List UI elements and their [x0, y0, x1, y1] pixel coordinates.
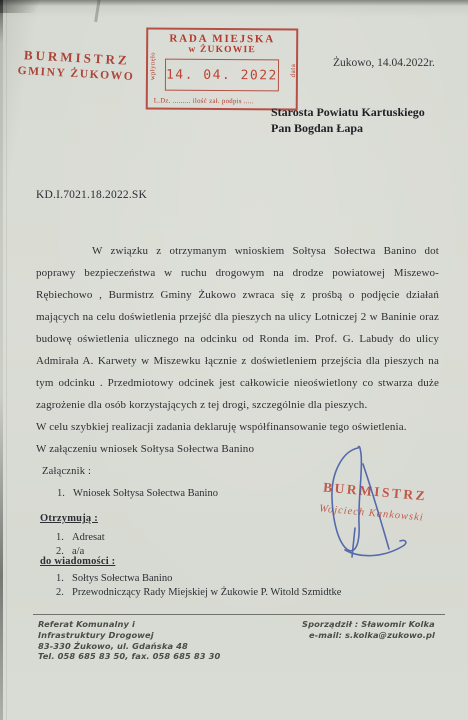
letter-body: W związku z otrzymanym wnioskiem Sołtysa…: [36, 240, 439, 460]
attachment-item: Wniosek Sołtysa Sołectwa Banino: [57, 487, 218, 501]
addressee-name: Pan Bogdan Łapa: [271, 120, 425, 136]
footer-department-line: Infrastruktury Drogowej: [38, 630, 220, 641]
stamp-org-line1: RADA MIEJSKA: [148, 32, 296, 45]
footer-author-block: Sporządził : Sławomir Kolka e-mail: s.ko…: [302, 619, 435, 641]
list-number: [56, 586, 72, 600]
cc-list: Sołtys Sołectwa Banino Przewodniczący Ra…: [56, 572, 341, 599]
recipients-list: Adresat a/a: [56, 531, 105, 558]
addressee-title: Starosta Powiatu Kartuskiego: [271, 104, 425, 120]
cc-section: do wiadomości : Sołtys Sołectwa Banino P…: [40, 556, 341, 599]
stamp-date: 14. 04. 2022: [166, 67, 278, 83]
footer-divider: [33, 614, 445, 615]
attachments-list: Wniosek Sołtysa Sołectwa Banino: [57, 487, 218, 501]
body-paragraph-3: W załączeniu wniosek Sołtysa Sołectwa Ba…: [36, 438, 439, 460]
recipients-section: Otrzymują : Adresat a/a: [40, 513, 105, 558]
footer-department-block: Referat Komunalny i Infrastruktury Drogo…: [38, 619, 220, 662]
paper-crease: [6, 0, 7, 720]
attachments-heading: Załącznik :: [42, 466, 218, 477]
body-paragraph-2: W celu szybkiej realizacji zadania dekla…: [36, 416, 439, 438]
cc-item: Przewodniczący Rady Miejskiej w Żukowie …: [56, 586, 341, 600]
cc-heading: do wiadomości :: [40, 556, 341, 567]
received-stamp: RADA MIEJSKA w ŻUKOWIE 14. 04. 2022 wpły…: [146, 27, 299, 110]
scan-edge-top: [0, 0, 468, 6]
scanned-letter-page: BURMISTRZ GMINY ŻUKOWO RADA MIEJSKA w ŻU…: [0, 0, 468, 720]
list-number: [56, 572, 72, 586]
attachment-item-label: Wniosek Sołtysa Sołectwa Banino: [73, 487, 218, 501]
list-number: [57, 487, 73, 501]
addressee-block: Starosta Powiatu Kartuskiego Pan Bogdan …: [271, 104, 425, 136]
attachments-section: Załącznik : Wniosek Sołtysa Sołectwa Ban…: [42, 466, 218, 501]
reference-number: KD.I.7021.18.2022.SK: [36, 189, 147, 201]
cc-item: Sołtys Sołectwa Banino: [56, 572, 341, 586]
stamp-received-label: wpłynęło: [149, 46, 156, 86]
stamp-data-label: data: [289, 55, 297, 85]
stamp-date-box: 14. 04. 2022: [165, 59, 279, 92]
recipient-item: Adresat: [56, 531, 105, 545]
cc-item-label: Sołtys Sołectwa Banino: [72, 572, 172, 586]
sender-letterhead: BURMISTRZ GMINY ŻUKOWO: [17, 47, 135, 83]
scan-edge-left: [0, 0, 3, 720]
mayor-stamp-name: Wojciech Kankowski: [319, 503, 424, 523]
recipients-heading: Otrzymują :: [40, 513, 105, 524]
mayor-stamp-title: BURMISTRZ: [323, 479, 428, 504]
body-paragraph-1: W związku z otrzymanym wnioskiem Sołtysa…: [36, 240, 439, 416]
footer-author-line: Sporządził : Sławomir Kolka: [302, 619, 435, 630]
footer-email-line: e-mail: s.kolka@zukowo.pl: [309, 630, 435, 641]
mayor-signature-stamp: BURMISTRZ: [323, 479, 428, 504]
place-and-date: Żukowo, 14.04.2022r.: [333, 57, 435, 69]
list-number: [56, 531, 72, 545]
recipient-item-label: Adresat: [72, 531, 105, 545]
cc-item-label: Przewodniczący Rady Miejskiej w Żukowie …: [72, 586, 341, 600]
stamp-registry-line: L.Dz. ......... ilość zał. podpis .....: [154, 98, 254, 106]
footer-phone-line: Tel. 058 685 83 50, fax. 058 685 83 30: [38, 651, 220, 662]
footer-address-line: 83-330 Żukowo, ul. Gdańska 48: [38, 641, 220, 652]
stamp-org-line2: w ŻUKOWIE: [148, 44, 296, 55]
footer-department-line: Referat Komunalny i: [38, 619, 220, 630]
